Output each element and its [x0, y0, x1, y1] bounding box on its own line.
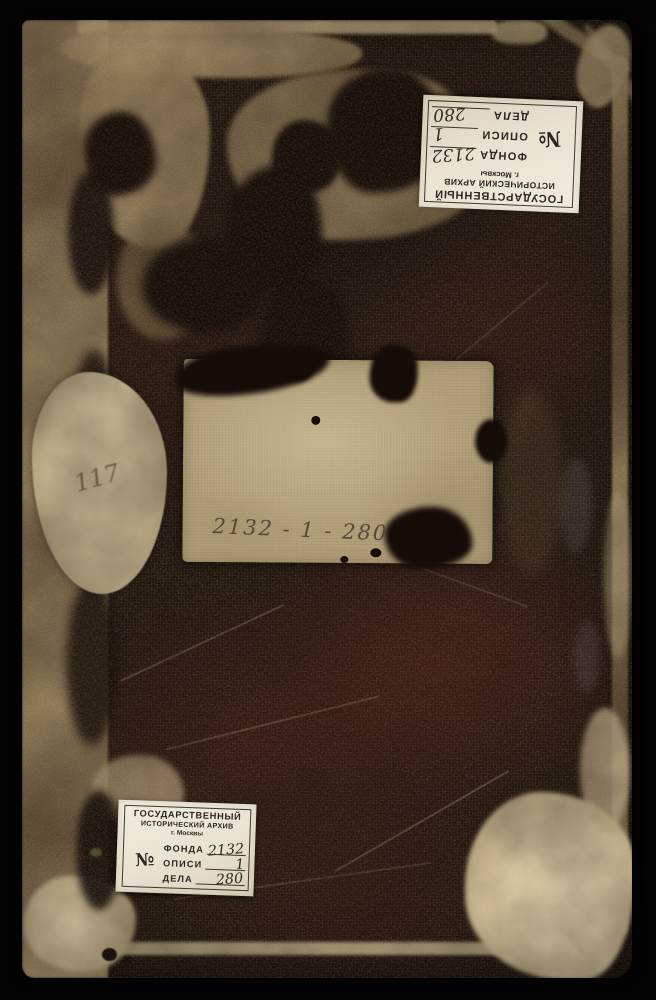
numero-sign: № [125, 837, 164, 885]
stain [560, 458, 592, 553]
cloth-remnant [384, 506, 472, 569]
stamp-row-line: 2132 [429, 146, 475, 166]
scratch-line [120, 604, 284, 681]
cloth-remnant [66, 580, 118, 745]
stamp-row-label: ОПИСИ [481, 128, 528, 142]
stamp-rows: ФОНДА 2132 ОПИСИ 1 ДЕЛА 280 [162, 839, 246, 888]
handwritten-delo-number: 280 [433, 103, 467, 125]
wear-patch [580, 708, 630, 833]
cloth-remnant [311, 416, 320, 425]
stamp-rows: ФОНДА 2132 ОПИСИ 1 ДЕЛА 280 [430, 104, 530, 168]
photo-backdrop: 117 2132 - 1 - 280 ГОСУДАРСТВЕННЫЙ ИСТОР… [0, 0, 656, 1000]
book-cover: 117 2132 - 1 - 280 ГОСУДАРСТВЕННЫЙ ИСТОР… [22, 20, 632, 978]
stamp-row-opis: ОПИСИ 1 [430, 126, 528, 148]
center-pasted-label: 2132 - 1 - 280 [182, 359, 493, 564]
stamp-row-label: ФОНДА [479, 148, 528, 162]
cloth-remnant [102, 948, 117, 961]
cloth-remnant [475, 419, 507, 463]
stamp-row-delo: ДЕЛА 280 [162, 868, 245, 886]
handwritten-opis-number: 1 [432, 123, 444, 144]
stamp-row-delo: ДЕЛА 280 [431, 106, 529, 128]
stain [574, 620, 600, 692]
spine-pencil-note: 117 [71, 458, 123, 498]
cloth-remnant [370, 548, 381, 557]
scratch-line [456, 282, 549, 360]
archive-stamp-border: ГОСУДАРСТВЕННЫЙ ИСТОРИЧЕСКИЙ АРХИВ г. Мо… [122, 805, 252, 891]
wear-patch [492, 20, 547, 44]
numero-sign: № [526, 108, 573, 170]
stamp-row-label: ДЕЛА [492, 109, 529, 123]
stamp-row-line: 1 [430, 126, 478, 147]
handwritten-delo-number: 280 [216, 871, 244, 889]
inventory-number-handwriting: 2132 - 1 - 280 [212, 514, 389, 545]
archive-label-bottom: ГОСУДАРСТВЕННЫЙ ИСТОРИЧЕСКИЙ АРХИВ г. Мо… [115, 800, 256, 897]
stain [502, 388, 562, 573]
archive-stamp-border: ГОСУДАРСТВЕННЫЙ ИСТОРИЧЕСКИЙ АРХИВ г. Мо… [424, 100, 577, 208]
stamp-row-fond: ФОНДА 2132 [430, 146, 528, 168]
scratch-line [165, 695, 379, 750]
stamp-row-line: 280 [431, 106, 489, 127]
cloth-remnant [369, 344, 417, 402]
cloth-remnant [340, 556, 348, 563]
cloth-remnant [123, 956, 132, 964]
cloth-remnant [280, 352, 314, 382]
cloth-remnant [68, 170, 114, 295]
wear-patch [604, 490, 632, 660]
stamp-body: № ФОНДА 2132 ОПИСИ 1 ДЕЛА 280 [126, 837, 247, 887]
cloth-remnant [142, 238, 267, 333]
pencil-scribble [90, 848, 102, 857]
stamp-body: № ФОНДА 2132 ОПИСИ 1 ДЕЛА 280 [430, 104, 573, 170]
stamp-row-label: ДЕЛА [162, 873, 193, 884]
stamp-row-line: 280 [195, 868, 245, 885]
archive-label-top: ГОСУДАРСТВЕННЫЙ ИСТОРИЧЕСКИЙ АРХИВ г. Мо… [419, 95, 584, 214]
